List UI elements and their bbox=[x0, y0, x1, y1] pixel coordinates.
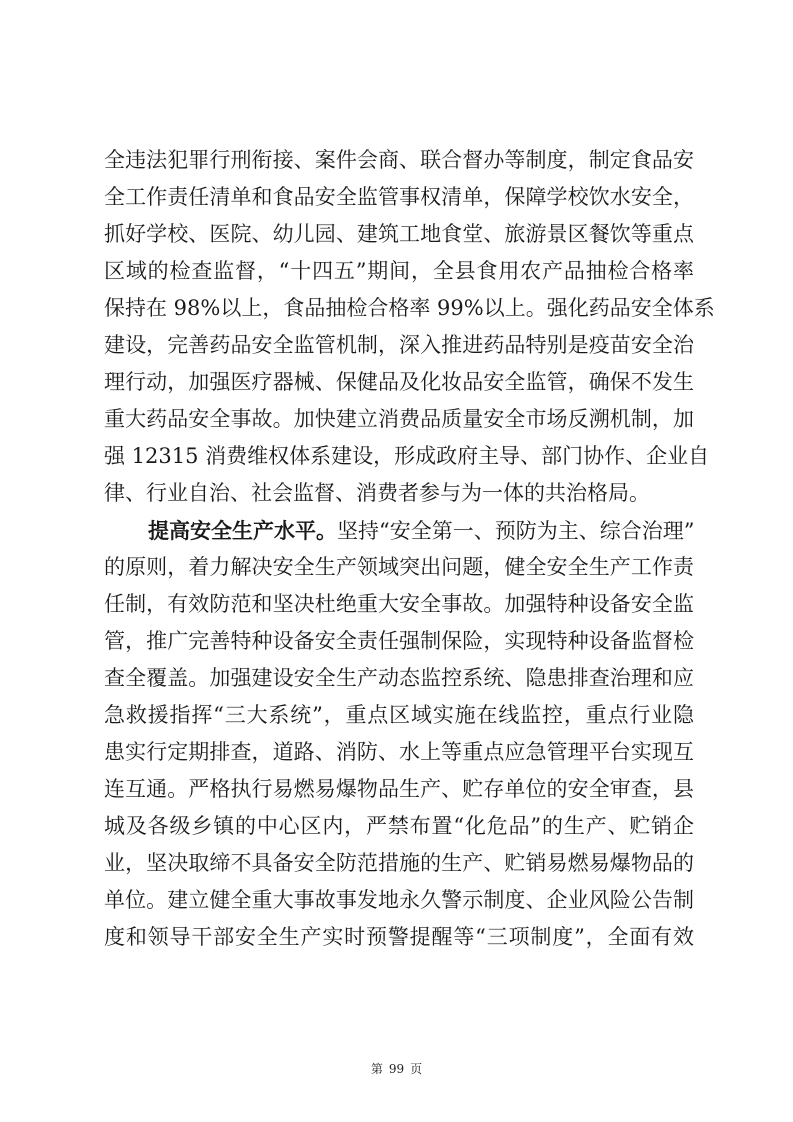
text-line: 全工作责任清单和食品安全监管事权清单，保障学校饮水安全， bbox=[104, 179, 694, 216]
page-footer: 第99页 bbox=[0, 1060, 793, 1077]
text-line: 保持在 98%以上，食品抽检合格率 99%以上。强化药品安全体系 bbox=[104, 290, 694, 327]
text-line: 抓好学校、医院、幼儿园、建筑工地食堂、旅游景区餐饮等重点 bbox=[104, 216, 694, 253]
page-prefix: 第 bbox=[371, 1062, 383, 1076]
text-line: 患实行定期排查，道路、消防、水上等重点应急管理平台实现互 bbox=[104, 734, 694, 771]
text-line: 城及各级乡镇的中心区内，严禁布置“化危品”的生产、贮销企 bbox=[104, 808, 694, 845]
text-line: 业，坚决取缔不具备安全防范措施的生产、贮销易燃易爆物品的 bbox=[104, 845, 694, 882]
text-line: 度和领导干部安全生产实时预警提醒等“三项制度”，全面有效 bbox=[104, 919, 694, 956]
section-heading: 提高安全生产水平。 bbox=[148, 518, 337, 543]
page-number: 99 bbox=[389, 1062, 404, 1076]
text-line: 急救援指挥“三大系统”，重点区域实施在线监控，重点行业隐 bbox=[104, 697, 694, 734]
text-run: 坚持“安全第一、预防为主、综合治理” bbox=[337, 519, 694, 543]
text-line: 单位。建立健全重大事故事发地永久警示制度、企业风险公告制 bbox=[104, 882, 694, 919]
text-line: 理行动，加强医疗器械、保健品及化妆品安全监管，确保不发生 bbox=[104, 364, 694, 401]
text-line: 的原则，着力解决安全生产领域突出问题，健全安全生产工作责 bbox=[104, 549, 694, 586]
text-line: 查全覆盖。加强建设安全生产动态监控系统、隐患排查治理和应 bbox=[104, 660, 694, 697]
paragraph-production-safety: 提高安全生产水平。坚持“安全第一、预防为主、综合治理” 的原则，着力解决安全生产… bbox=[104, 512, 694, 956]
paragraph-food-drug-safety: 全违法犯罪行刑衔接、案件会商、联合督办等制度，制定食品安 全工作责任清单和食品安… bbox=[104, 142, 694, 512]
text-line: 管，推广完善特种设备安全责任强制保险，实现特种设备监督检 bbox=[104, 623, 694, 660]
page-suffix: 页 bbox=[410, 1062, 422, 1076]
text-line: 任制，有效防范和坚决杜绝重大安全事故。加强特种设备安全监 bbox=[104, 586, 694, 623]
text-line: 区域的检查监督，“十四五”期间，全县食用农产品抽检合格率 bbox=[104, 253, 694, 290]
text-line: 重大药品安全事故。加快建立消费品质量安全市场反溯机制，加 bbox=[104, 401, 694, 438]
text-line: 律、行业自治、社会监督、消费者参与为一体的共治格局。 bbox=[104, 475, 694, 512]
text-line: 建设，完善药品安全监管机制，深入推进药品特别是疫苗安全治 bbox=[104, 327, 694, 364]
paragraph-first-line: 提高安全生产水平。坚持“安全第一、预防为主、综合治理” bbox=[104, 512, 694, 549]
document-body: 全违法犯罪行刑衔接、案件会商、联合督办等制度，制定食品安 全工作责任清单和食品安… bbox=[104, 142, 694, 956]
text-line: 连互通。严格执行易燃易爆物品生产、贮存单位的安全审查，县 bbox=[104, 771, 694, 808]
text-line: 全违法犯罪行刑衔接、案件会商、联合督办等制度，制定食品安 bbox=[104, 142, 694, 179]
text-line: 强 12315 消费维权体系建设，形成政府主导、部门协作、企业自 bbox=[104, 438, 694, 475]
